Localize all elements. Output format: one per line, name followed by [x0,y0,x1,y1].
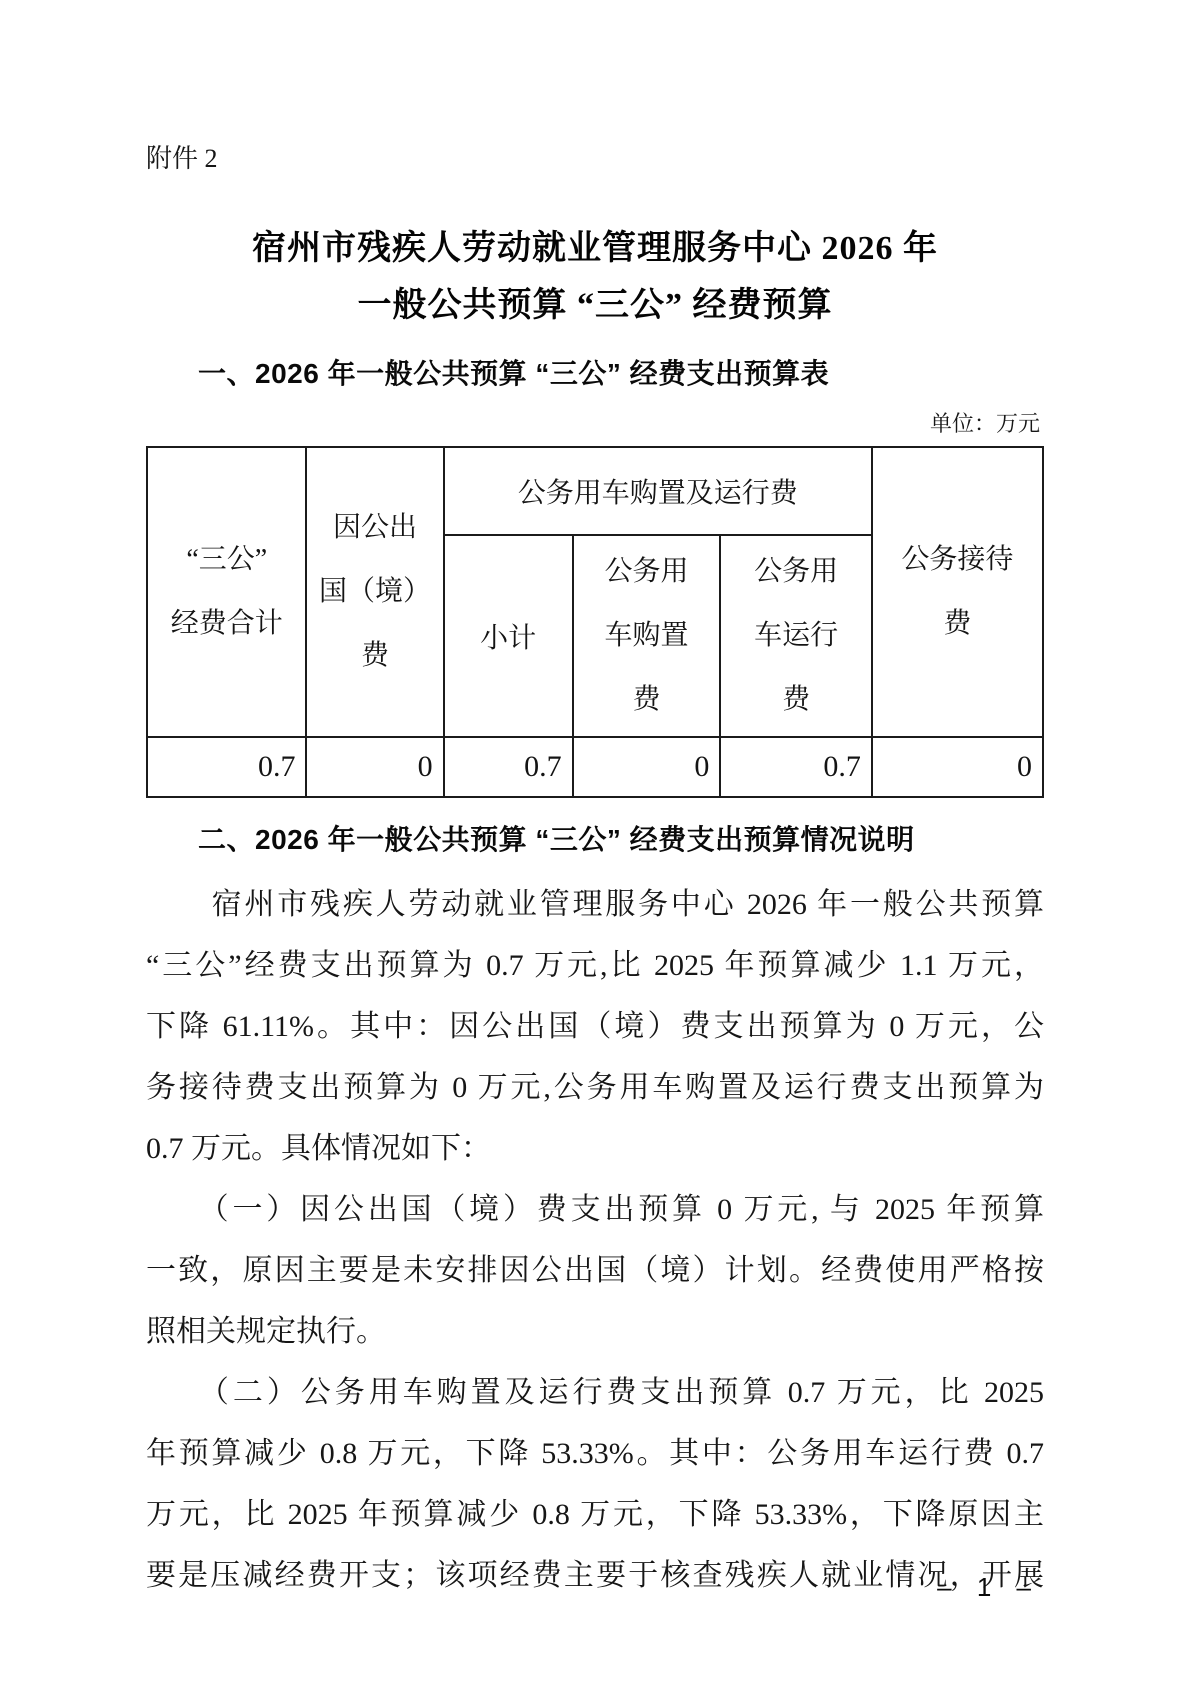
text-line: “三公”经费支出预算为 0.7 万元,比 2025 年预算减少 1.1 万元， [146,935,1044,996]
text-line: 宿州市残疾人劳动就业管理服务中心 2026 年一般公共预算 [146,874,1044,935]
text-line: 费 [875,592,1040,656]
col-header-abroad-fee: 因公出国（境）费 [306,447,443,737]
attachment-label: 附件 2 [146,0,1044,176]
text-line: “三公” [150,528,303,592]
text-line: 车运行 [723,604,868,668]
value-sangong-total: 0.7 [147,737,306,797]
text-line: 下降 61.11%。其中：因公出国（境）费支出预算为 0 万元，公 [146,996,1044,1057]
value-reception-fee: 0 [872,737,1043,797]
text-line: 国（境） [309,560,440,624]
budget-table: “三公”经费合计 因公出国（境）费 公务用车购置及运行费 公务接待费 小计 公务… [146,446,1044,798]
value-subtotal: 0.7 [444,737,573,797]
text-line: 因公出 [309,496,440,560]
section2-body: 宿州市残疾人劳动就业管理服务中心 2026 年一般公共预算“三公”经费支出预算为… [146,874,1044,1606]
text-line: 万元，比 2025 年预算减少 0.8 万元，下降 53.33%，下降原因主 [146,1484,1044,1545]
document-title: 宿州市残疾人劳动就业管理服务中心 2026 年 一般公共预算 “三公” 经费预算 [146,220,1044,334]
document-page: 附件 2 宿州市残疾人劳动就业管理服务中心 2026 年 一般公共预算 “三公”… [0,0,1190,1683]
text-line: 公务用 [576,540,718,604]
value-vehicle-operation: 0.7 [720,737,871,797]
text-line: 公务用 [723,540,868,604]
value-abroad-fee: 0 [306,737,443,797]
col-header-vehicle-purchase: 公务用车购置费 [573,535,721,737]
col-header-reception-fee: 公务接待费 [872,447,1043,737]
table-row: 0.7 0 0.7 0 0.7 0 [147,737,1043,797]
text-line: （二）公务用车购置及运行费支出预算 0.7 万元，比 2025 [146,1362,1044,1423]
section1-heading: 一、2026 年一般公共预算 “三公” 经费支出预算表 [146,354,1044,394]
section2-heading: 二、2026 年一般公共预算 “三公” 经费支出预算情况说明 [146,820,1044,860]
col-header-sangong-total: “三公”经费合计 [147,447,306,737]
text-line: 年预算减少 0.8 万元，下降 53.33%。其中：公务用车运行费 0.7 [146,1423,1044,1484]
text-line: 费 [723,668,868,732]
page-number: – 1 – [937,1572,1040,1603]
text-line: 经费合计 [150,592,303,656]
paragraph-overview: 宿州市残疾人劳动就业管理服务中心 2026 年一般公共预算“三公”经费支出预算为… [146,874,1044,1179]
text-line: 车购置 [576,604,718,668]
paragraph-vehicle-explanation: （二）公务用车购置及运行费支出预算 0.7 万元，比 2025年预算减少 0.8… [146,1362,1044,1606]
text-line: 照相关规定执行。 [146,1301,1044,1362]
col-header-subtotal: 小计 [444,535,573,737]
text-line: （一）因公出国（境）费支出预算 0 万元, 与 2025 年预算 [146,1179,1044,1240]
text-line: 公务接待 [875,528,1040,592]
text-line: 费 [309,624,440,688]
document-title-line1: 宿州市残疾人劳动就业管理服务中心 2026 年 [146,220,1044,277]
paragraph-abroad-explanation: （一）因公出国（境）费支出预算 0 万元, 与 2025 年预算一致，原因主要是… [146,1179,1044,1362]
col-header-vehicle-operation: 公务用车运行费 [720,535,871,737]
text-line: 务接待费支出预算为 0 万元,公务用车购置及运行费支出预算为 [146,1057,1044,1118]
col-header-vehicle-group: 公务用车购置及运行费 [444,447,872,535]
text-line: 费 [576,668,718,732]
value-vehicle-purchase: 0 [573,737,721,797]
document-title-line2: 一般公共预算 “三公” 经费预算 [146,277,1044,334]
unit-note: 单位：万元 [146,410,1044,438]
text-line: 一致，原因主要是未安排因公出国（境）计划。经费使用严格按 [146,1240,1044,1301]
text-line: 0.7 万元。具体情况如下： [146,1118,1044,1179]
text-line: 要是压减经费开支；该项经费主要于核查残疾人就业情况，开展 [146,1545,1044,1606]
